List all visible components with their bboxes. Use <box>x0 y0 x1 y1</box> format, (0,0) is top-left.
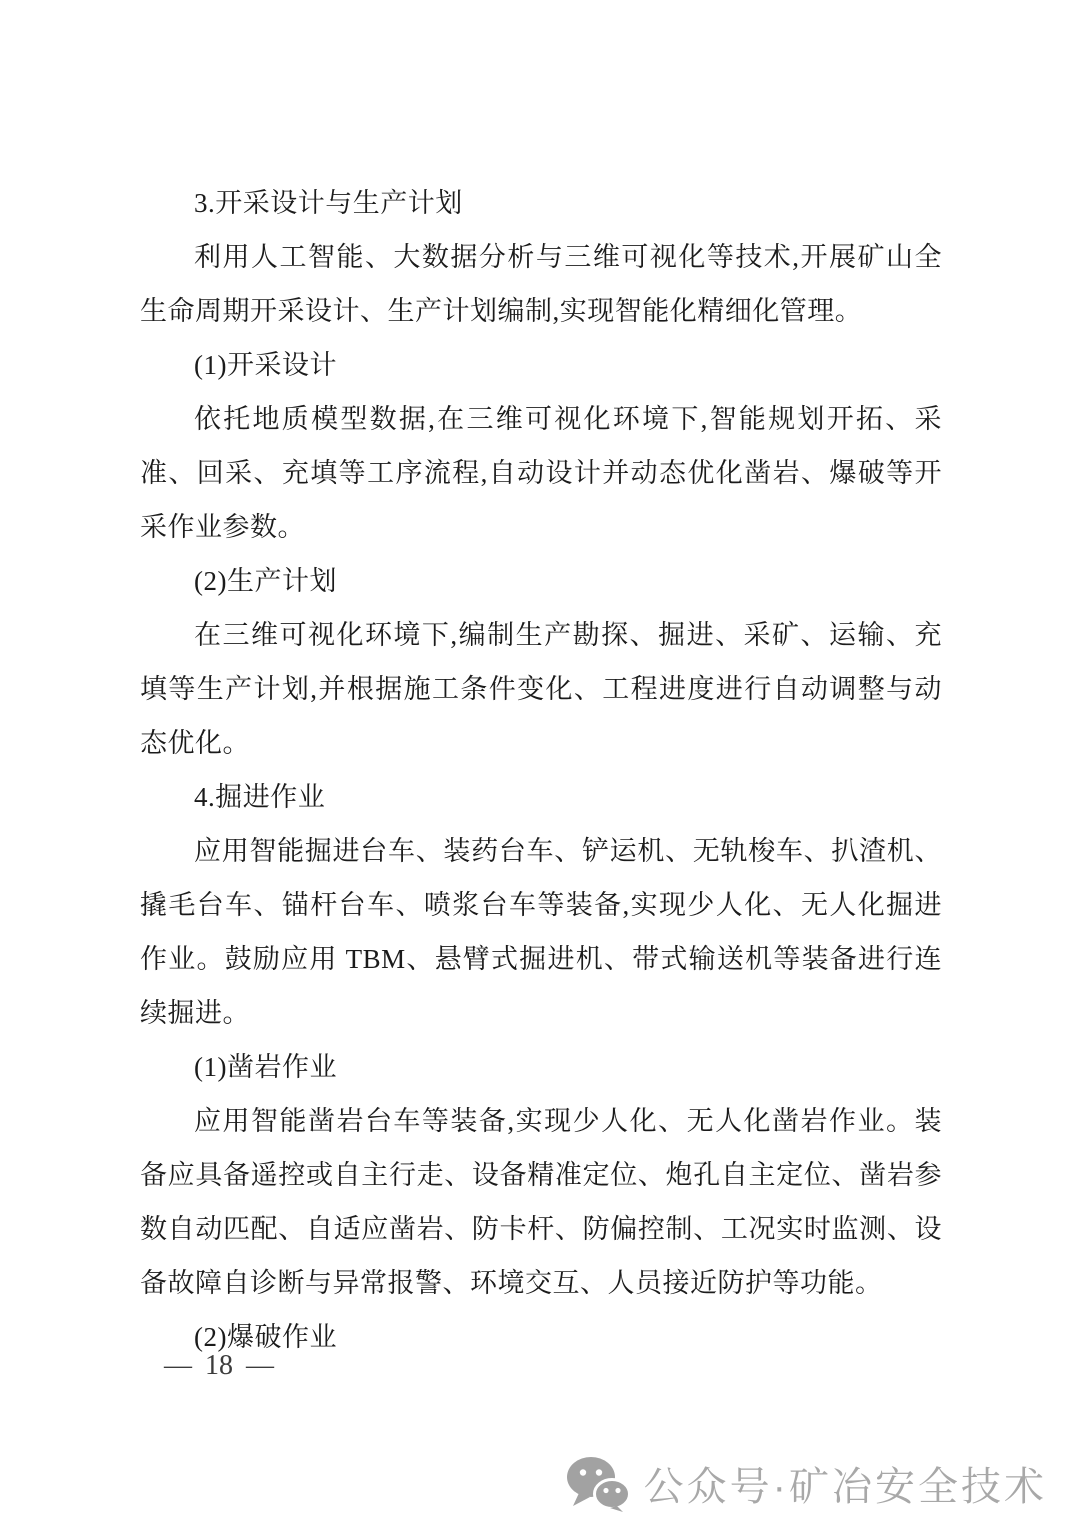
para-ai-bigdata-lifecycle: 利用人工智能、大数据分析与三维可视化等技术,开展矿山全生命周期开采设计、生产计划… <box>140 230 942 338</box>
heading-3-mining-design-production-plan: 3.开采设计与生产计划 <box>140 176 942 230</box>
heading-4-tunneling-operations: 4.掘进作业 <box>140 770 942 824</box>
document-body: 3.开采设计与生产计划 利用人工智能、大数据分析与三维可视化等技术,开展矿山全生… <box>140 176 942 1364</box>
page-number: — 18 — <box>164 1350 274 1382</box>
heading-2-production-plan: (2)生产计划 <box>140 554 942 608</box>
para-geological-model-design: 依托地质模型数据,在三维可视化环境下,智能规划开拓、采准、回采、充填等工序流程,… <box>140 392 942 554</box>
document-page: 3.开采设计与生产计划 利用人工智能、大数据分析与三维可视化等技术,开展矿山全生… <box>0 0 1080 1527</box>
wechat-watermark: 公众号·矿冶安全技术 <box>566 1455 1047 1512</box>
page-number-value: 18 <box>205 1350 233 1382</box>
page-number-dash-left: — <box>164 1350 192 1382</box>
watermark-label: 公众号·矿冶安全技术 <box>644 1455 1047 1512</box>
para-tunneling-equipment: 应用智能掘进台车、装药台车、铲运机、无轨梭车、扒渣机、撬毛台车、锚杆台车、喷浆台… <box>140 824 942 1040</box>
heading-1-mining-design: (1)开采设计 <box>140 338 942 392</box>
para-rock-drilling-equipment: 应用智能凿岩台车等装备,实现少人化、无人化凿岩作业。装备应具备遥控或自主行走、设… <box>140 1094 942 1310</box>
wechat-icon <box>566 1456 630 1512</box>
page-number-dash-right: — <box>246 1350 274 1382</box>
heading-1-rock-drilling: (1)凿岩作业 <box>140 1040 942 1094</box>
para-3d-production-planning: 在三维可视化环境下,编制生产勘探、掘进、采矿、运输、充填等生产计划,并根据施工条… <box>140 608 942 770</box>
